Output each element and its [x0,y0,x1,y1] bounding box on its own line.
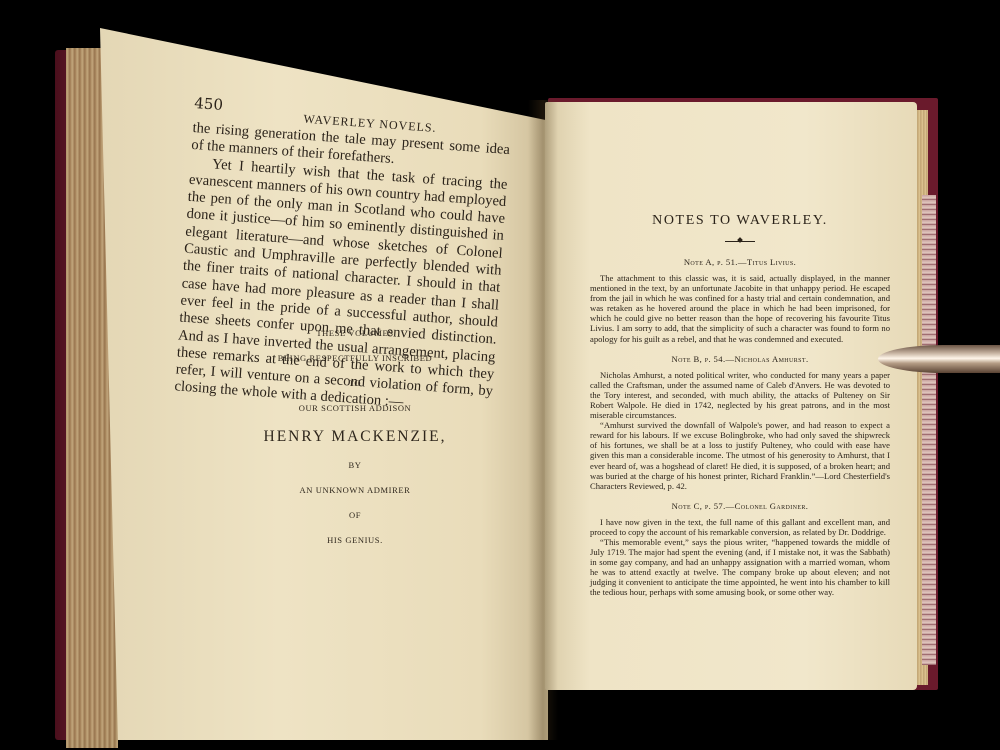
note-heading: Note B, p. 54.—Nicholas Amhurst. [590,354,890,364]
dedication-line: OUR SCOTTISH ADDISON [250,403,460,413]
note-heading: Note A, p. 51.—Titus Livius. [590,257,890,267]
note-body: Nicholas Amhurst, a noted political writ… [590,370,890,491]
note-body: The attachment to this classic was, it i… [590,273,890,344]
dedication-block: THESE VOLUMES BEING RESPECTFULLY INSCRIB… [250,328,460,560]
paragraph: “This memorable event,” says the pious w… [590,537,890,598]
paragraph: “Amhurst survived the downfall of Walpol… [590,420,890,491]
dedication-line: OF [250,510,460,520]
page-number: 450 [194,94,224,114]
notes-title: NOTES TO WAVERLEY. [590,213,890,229]
dedication-line: AN UNKNOWN ADMIRER [250,485,460,495]
note-body: I have now given in the text, the full n… [590,517,890,598]
note-heading: Note C, p. 57.—Colonel Gardiner. [590,501,890,511]
dedication-line: BEING RESPECTFULLY INSCRIBED [250,353,460,363]
dedication-line: BY [250,460,460,470]
book-gutter [528,100,558,740]
right-page-text: NOTES TO WAVERLEY. Note A, p. 51.—Titus … [590,213,890,608]
book-photo: 450 WAVERLEY NOVELS. the rising generati… [0,0,1000,750]
pen-pointer [878,345,1000,373]
paragraph: I have now given in the text, the full n… [590,517,890,537]
dedicatee-name: HENRY MACKENZIE, [250,428,460,446]
dedication-line: TO [250,378,460,388]
paragraph: The attachment to this classic was, it i… [590,273,890,344]
paragraph: Nicholas Amhurst, a noted political writ… [590,370,890,420]
worn-cover-edge [922,195,936,665]
ornament-divider-icon [725,237,755,245]
dedication-line: HIS GENIUS. [250,535,460,545]
dedication-line: THESE VOLUMES [250,328,460,338]
